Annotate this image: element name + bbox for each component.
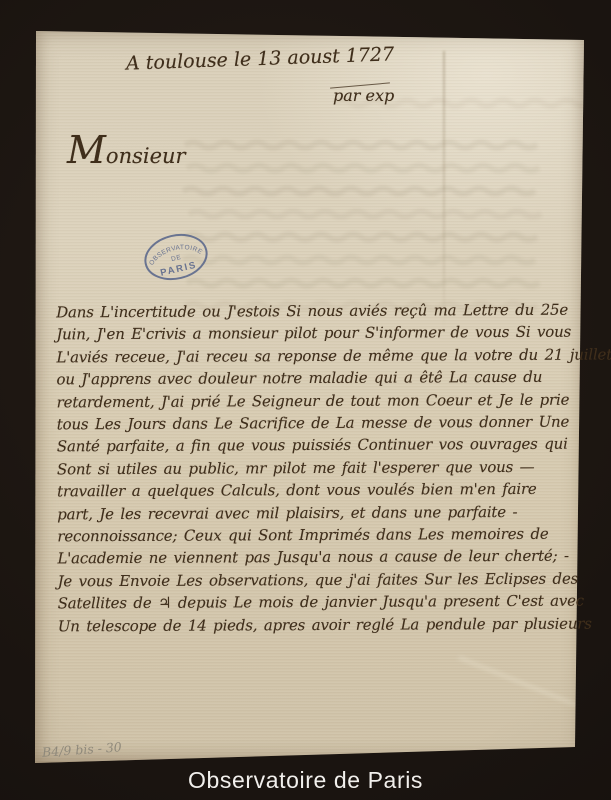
letter-line: part, Je les recevrai avec mil plaisirs,… <box>57 500 562 525</box>
letter-line: Santé parfaite, a fin que vous puissiés … <box>57 433 562 458</box>
letter-line: travailler a quelques Calculs, dont vous… <box>57 478 562 503</box>
letter-line: retardement, J'ai prié Le Seigneur de to… <box>57 388 562 413</box>
delivery-note: par exp <box>333 86 394 105</box>
letter-line: Un telescope de 14 pieds, apres avoir re… <box>58 612 563 637</box>
letter-body: Dans L'incertitude ou J'estois Si nous a… <box>56 299 563 638</box>
letter-line: L'aviés receue, J'ai receu sa reponse de… <box>56 343 561 368</box>
photo-caption: Observatoire de Paris <box>0 767 611 794</box>
letter-line: ou J'apprens avec douleur notre maladie … <box>56 366 561 391</box>
letter-line: Je vous Envoie Les observations, que j'a… <box>58 568 563 593</box>
letter-line: Dans L'incertitude ou J'estois Si nous a… <box>56 299 561 324</box>
letter-line: Satellites de ♃ depuis Le mois de janvie… <box>58 590 563 615</box>
stamp-middle-label: DE <box>171 254 183 263</box>
stamp-bottom-label: PARIS <box>159 260 198 279</box>
letter-line: tous Les Jours dans Le Sacrifice de La m… <box>57 411 562 436</box>
letter-line: Sont si utiles au public, mr pilot me fa… <box>57 456 562 481</box>
salutation: Monsieur <box>67 128 186 172</box>
paper-crease <box>443 51 445 331</box>
photo: A toulouse le 13 aoust 1727 par exp Mons… <box>0 0 611 800</box>
letter-line: L'academie ne viennent pas Jusqu'a nous … <box>57 545 562 570</box>
letter-line: Juin, J'en E'crivis a monsieur pilot pou… <box>56 321 561 346</box>
letter-line: reconnoissance; Ceux qui Sont Imprimés d… <box>57 523 562 548</box>
